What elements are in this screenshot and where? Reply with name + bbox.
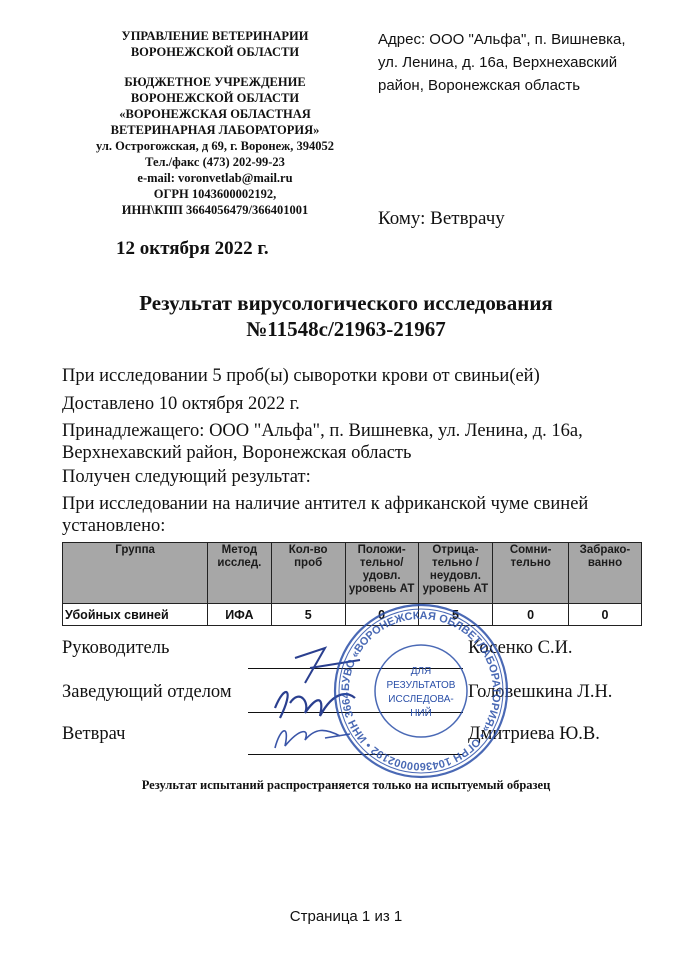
col-rejected: Забрако-ванно	[568, 543, 641, 604]
address-line: Адрес: ООО "Альфа", п. Вишневка,	[378, 28, 678, 51]
col-count: Кол-во проб	[271, 543, 345, 604]
body-samples: При исследовании 5 проб(ы) сыворотки кро…	[62, 365, 540, 387]
address-line: ул. Ленина, д. 16а, Верхнехавский	[378, 51, 678, 74]
svg-text:РЕЗУЛЬТАТОВ: РЕЗУЛЬТАТОВ	[387, 680, 456, 691]
org-email: e-mail: voronvetlab@mail.ru	[70, 170, 360, 186]
svg-text:ДЛЯ: ДЛЯ	[411, 666, 432, 677]
body-owner: Принадлежащего: ООО "Альфа", п. Вишневка…	[62, 420, 652, 464]
organization-header: УПРАВЛЕНИЕ ВЕТЕРИНАРИИ ВОРОНЕЖСКОЙ ОБЛАС…	[70, 28, 360, 218]
org-line: ВОРОНЕЖСКОЙ ОБЛАСТИ	[70, 44, 360, 60]
body-result-intro: Получен следующий результат:	[62, 466, 311, 488]
cell-method: ИФА	[208, 604, 271, 626]
table-header-row: Группа Метод исслед. Кол-во проб Положи-…	[63, 543, 642, 604]
org-line: БЮДЖЕТНОЕ УЧРЕЖДЕНИЕ	[70, 74, 360, 90]
title-line: Результат вирусологического исследования	[0, 290, 692, 316]
document-title: Результат вирусологического исследования…	[0, 290, 692, 342]
org-line: «ВОРОНЕЖСКАЯ ОБЛАСТНАЯ	[70, 106, 360, 122]
svg-text:ИССЛЕДОВА-: ИССЛЕДОВА-	[388, 694, 453, 705]
address-line: район, Воронежская область	[378, 74, 678, 97]
org-inn: ИНН\КПП 3664056479/366401001	[70, 202, 360, 218]
col-group: Группа	[63, 543, 208, 604]
page-number: Страница 1 из 1	[0, 908, 692, 925]
document-date: 12 октября 2022 г.	[116, 238, 269, 260]
col-negative: Отрица-тельно / неудовл. уровень АТ	[418, 543, 493, 604]
svg-text:НИЙ: НИЙ	[410, 706, 432, 719]
signature-role-dept: Заведующий отделом	[62, 682, 232, 703]
body-delivered: Доставлено 10 октября 2022 г.	[62, 393, 300, 415]
body-asf-test: При исследовании на наличие антител к аф…	[62, 493, 662, 537]
col-doubtful: Сомни-тельно	[493, 543, 569, 604]
col-positive: Положи-тельно/ удовл. уровень АТ	[345, 543, 418, 604]
org-phone: Тел./факс (473) 202-99-23	[70, 154, 360, 170]
org-address: ул. Острогожская, д 69, г. Воронеж, 3940…	[70, 138, 360, 154]
stamp-icon: БУВО «ВОРОНЕЖСКАЯ ОБЛВЕТЛАБОРАТОРИЯ» • О…	[332, 602, 510, 780]
document-number: №11548с/21963-21967	[0, 316, 692, 342]
col-method: Метод исслед.	[208, 543, 271, 604]
disclaimer-note: Результат испытаний распространяется тол…	[0, 778, 692, 793]
org-line: УПРАВЛЕНИЕ ВЕТЕРИНАРИИ	[70, 28, 360, 44]
recipient-address: Адрес: ООО "Альфа", п. Вишневка, ул. Лен…	[378, 28, 678, 97]
recipient-line: Кому: Ветврачу	[378, 208, 505, 230]
cell-rejected: 0	[568, 604, 641, 626]
signature-role-head: Руководитель	[62, 638, 169, 659]
org-line: ВОРОНЕЖСКОЙ ОБЛАСТИ	[70, 90, 360, 106]
cell-group: Убойных свиней	[63, 604, 208, 626]
org-ogrn: ОГРН 1043600002192,	[70, 186, 360, 202]
org-line: ВЕТЕРИНАРНАЯ ЛАБОРАТОРИЯ»	[70, 122, 360, 138]
signature-role-vet: Ветврач	[62, 724, 125, 745]
